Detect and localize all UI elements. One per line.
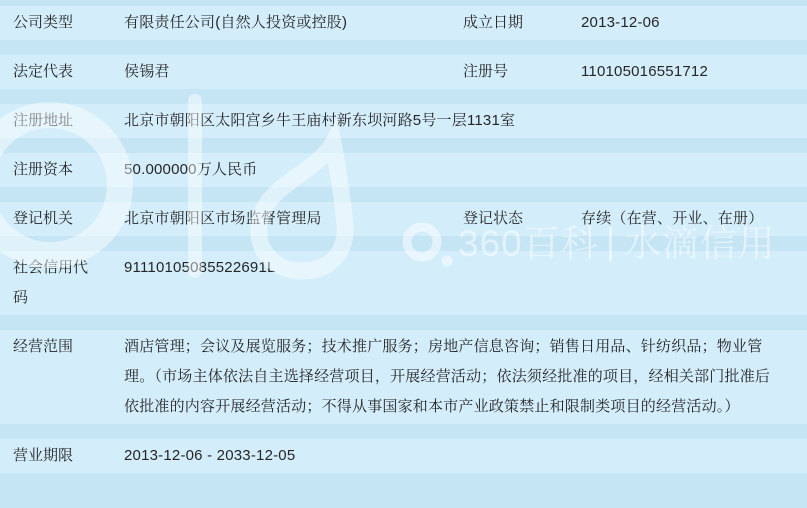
- field-label: 登记状态: [455, 204, 581, 234]
- field-value: 有限责任公司(自然人投资或控股): [124, 8, 455, 38]
- field-label: 营业期限: [0, 441, 124, 471]
- field-label: 经营范围: [0, 332, 124, 362]
- table-row: 法定代表侯锡君注册号110105016551712: [0, 55, 807, 89]
- field-value: 110105016551712: [581, 57, 807, 87]
- table-row: 登记机关北京市朝阳区市场监督管理局登记状态存续（在营、开业、在册）: [0, 202, 807, 236]
- field-value: 北京市朝阳区市场监督管理局: [124, 204, 455, 234]
- table-row: 社会信用代码91110105085522691L: [0, 251, 807, 315]
- table-row: 经营范围酒店管理；会议及展览服务；技术推广服务；房地产信息咨询；销售日用品、针纺…: [0, 330, 807, 424]
- field-value: 50.000000万人民币: [124, 155, 807, 185]
- field-label: 注册资本: [0, 155, 124, 185]
- field-value: 2013-12-06: [581, 8, 807, 38]
- field-value: 酒店管理；会议及展览服务；技术推广服务；房地产信息咨询；销售日用品、针纺织品；物…: [124, 332, 807, 422]
- company-info-page: 公司类型有限责任公司(自然人投资或控股)成立日期2013-12-06法定代表侯锡…: [0, 0, 807, 508]
- field-value: 2013-12-06 - 2033-12-05: [124, 441, 807, 471]
- field-label: 注册号: [455, 57, 581, 87]
- table-row: 公司类型有限责任公司(自然人投资或控股)成立日期2013-12-06: [0, 6, 807, 40]
- table-row: 注册地址北京市朝阳区太阳宫乡牛王庙村新东坝河路5号一层1131室: [0, 104, 807, 138]
- field-label: 法定代表: [0, 57, 124, 87]
- table-row: 注册资本50.000000万人民币: [0, 153, 807, 187]
- company-info-table: 公司类型有限责任公司(自然人投资或控股)成立日期2013-12-06法定代表侯锡…: [0, 0, 807, 473]
- field-label: 登记机关: [0, 204, 124, 234]
- field-label: 公司类型: [0, 8, 124, 38]
- field-value: 存续（在营、开业、在册）: [581, 204, 807, 234]
- field-value: 北京市朝阳区太阳宫乡牛王庙村新东坝河路5号一层1131室: [124, 106, 807, 136]
- field-value: 侯锡君: [124, 57, 455, 87]
- field-label: 注册地址: [0, 106, 124, 136]
- table-row: 营业期限2013-12-06 - 2033-12-05: [0, 439, 807, 473]
- field-value: 91110105085522691L: [124, 253, 807, 283]
- field-label: 社会信用代码: [0, 253, 124, 313]
- field-label: 成立日期: [455, 8, 581, 38]
